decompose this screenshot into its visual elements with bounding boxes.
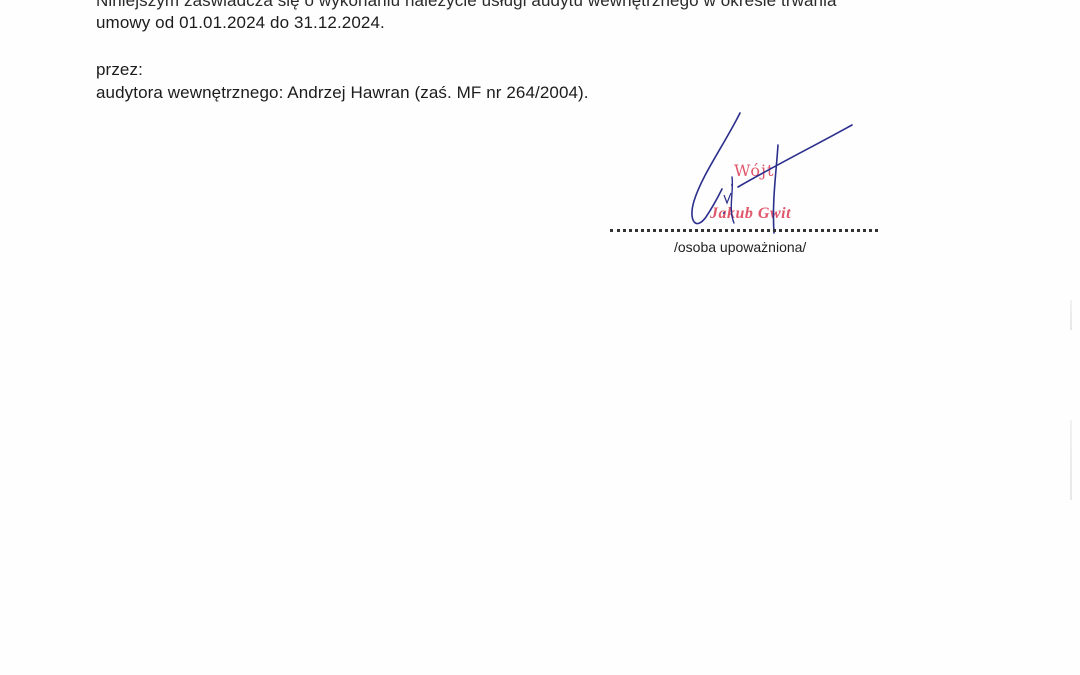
by-label: przez: <box>96 60 143 80</box>
signature-block: Wójt Jakub Gwit /osoba upoważniona/ <box>606 105 886 265</box>
handwritten-signature-icon <box>606 105 886 245</box>
certificate-statement-line-1: Niniejszym zaświadcza się o wykonaniu na… <box>96 0 837 11</box>
scanned-document-page: Niniejszym zaświadcza się o wykonaniu na… <box>0 0 1080 675</box>
scan-artifact <box>1070 300 1072 330</box>
signature-line <box>610 229 878 232</box>
signature-caption: /osoba upoważniona/ <box>674 239 806 255</box>
scan-artifact <box>1070 420 1072 500</box>
certificate-statement-line-2: umowy od 01.01.2024 do 31.12.2024. <box>96 13 385 33</box>
auditor-info: audytora wewnętrznego: Andrzej Hawran (z… <box>96 83 589 103</box>
